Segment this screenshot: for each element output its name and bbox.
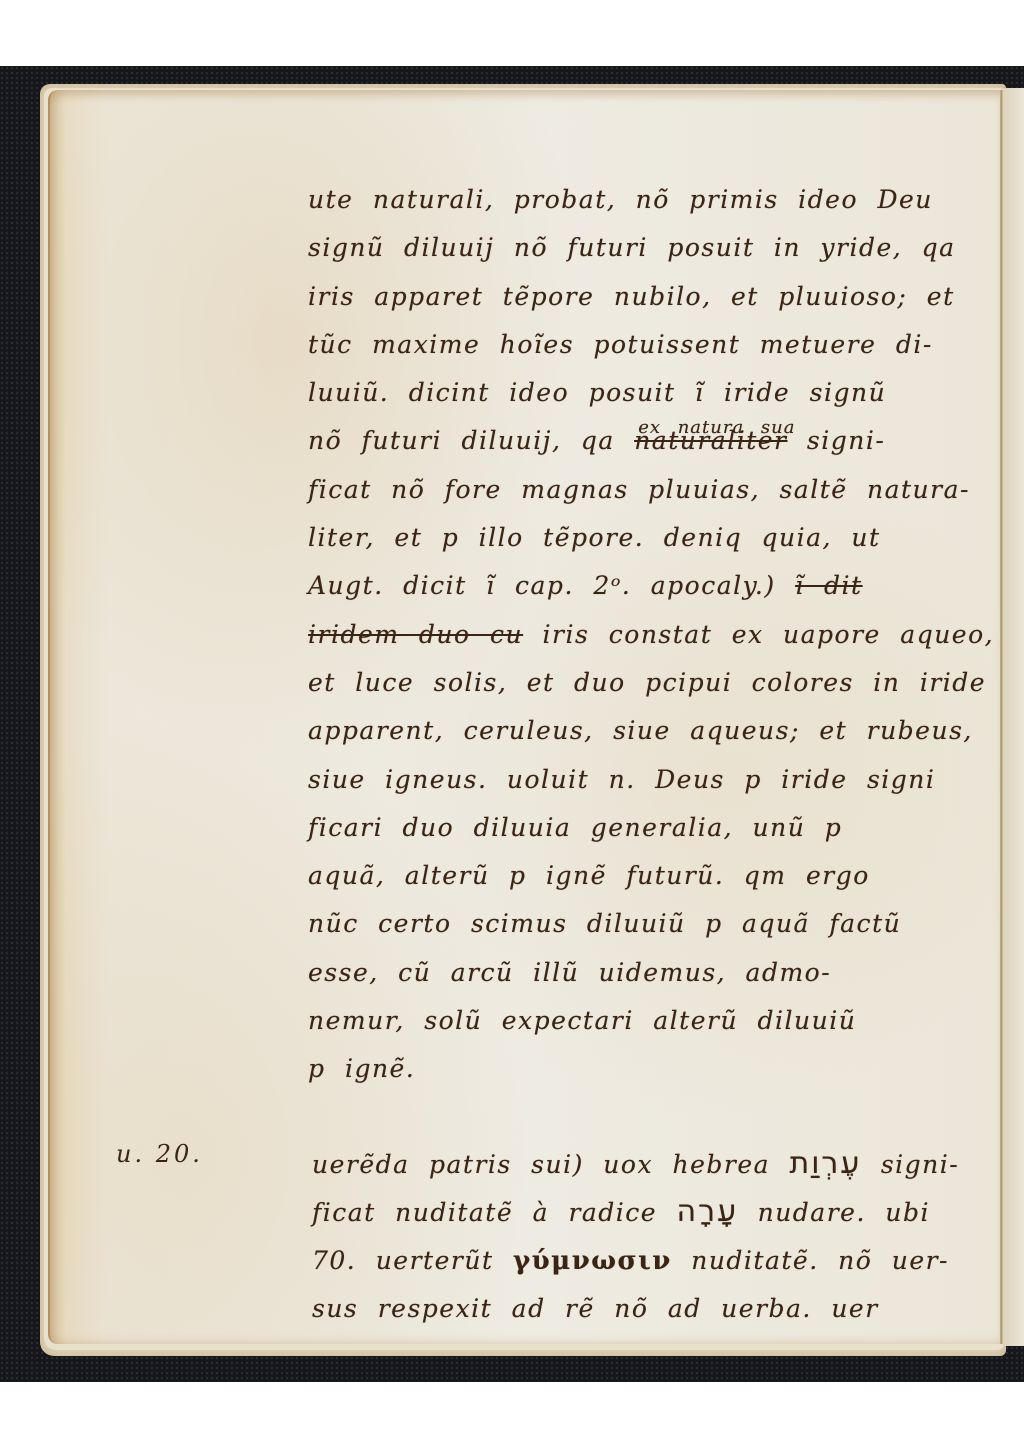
manuscript-line: siue igneus. uoluit n. Deus p iride sign…: [308, 756, 988, 804]
manuscript-line: 70. uerterũt γύμνωσιν nuditatẽ. nõ uer-: [312, 1237, 992, 1285]
commentary-section-verse-20: uerẽda patris sui) uox hebrea עֶרְוַת si…: [312, 1140, 992, 1333]
deletion-with-insertion: iridem duo cu: [308, 620, 523, 649]
hebrew-word: עֶרְוַת: [790, 1146, 862, 1181]
margin-verse-reference: u. 20.: [116, 1140, 203, 1168]
manuscript-line: et luce solis, et duo pcipui colores in …: [308, 659, 988, 707]
manuscript-line: ficari duo diluuia generalia, unũ p: [308, 804, 988, 852]
deletion-with-insertion: ex natura suanaturaliter: [634, 426, 787, 455]
manuscript-line: ficat nuditatẽ à radice עָרָה nudare. ub…: [312, 1188, 992, 1236]
struck-through-text: ĩ dit: [795, 571, 863, 600]
line-text: ficat nuditatẽ à radice: [312, 1198, 677, 1227]
main-text-block: ute naturali, probat, nõ primis ideo Deu…: [308, 176, 988, 1094]
greek-word: γύμνωσιν: [513, 1246, 672, 1276]
line-text: nuditatẽ. nõ uer-: [672, 1246, 949, 1275]
line-text: signi-: [861, 1150, 959, 1179]
facing-page-strip: [1003, 88, 1024, 1346]
line-text: nõ futuri diluuij, qa: [308, 426, 634, 455]
manuscript-line: aquã, alterũ p ignẽ futurũ. qm ergo: [308, 852, 988, 900]
manuscript-line: uerẽda patris sui) uox hebrea עֶרְוַת si…: [312, 1140, 992, 1188]
manuscript-line: ficat nõ fore magnas pluuias, saltẽ natu…: [308, 466, 988, 514]
line-text: signi-: [787, 426, 885, 455]
deletion-with-insertion: ĩ dit: [795, 571, 863, 600]
struck-through-text: iridem duo cu: [308, 620, 523, 649]
line-text: 70. uerterũt: [312, 1246, 513, 1275]
line-text: iris constat ex uapore aqueo,: [523, 620, 994, 649]
manuscript-line: Augt. dicit ĩ cap. 2ᵒ. apocaly.) ĩ dit: [308, 562, 988, 610]
manuscript-line: signũ diluuij nõ futuri posuit in yride,…: [308, 224, 988, 272]
manuscript-line: p ignẽ.: [308, 1045, 988, 1093]
manuscript-line: nemur, solũ expectari alterũ diluuiũ: [308, 997, 988, 1045]
interlinear-insertion: ex natura sua: [638, 404, 795, 452]
manuscript-line: ute naturali, probat, nõ primis ideo Deu: [308, 176, 988, 224]
line-text: uerẽda patris sui) uox hebrea: [312, 1150, 790, 1179]
line-text: Augt. dicit ĩ cap. 2ᵒ. apocaly.): [308, 571, 795, 600]
line-text: nudare. ubi: [738, 1198, 930, 1227]
manuscript-line: liter, et p illo tẽpore. deniq quia, ut: [308, 514, 988, 562]
manuscript-line: iris apparet tẽpore nubilo, et pluuioso;…: [308, 273, 988, 321]
manuscript-line: apparent, ceruleus, siue aqueus; et rube…: [308, 707, 988, 755]
manuscript-line: esse, cũ arcũ illũ uidemus, admo-: [308, 949, 988, 997]
manuscript-line: nũc certo scimus diluuiũ p aquã factũ: [308, 900, 988, 948]
manuscript-line: sus respexit ad rẽ nõ ad uerba. uer: [312, 1285, 992, 1333]
manuscript-line: nõ futuri diluuij, qa ex natura suanatur…: [308, 417, 988, 465]
hebrew-word: עָרָה: [677, 1194, 739, 1229]
manuscript-line: tũc maxime hoĩes potuissent metuere di-: [308, 321, 988, 369]
manuscript-line: iridem duo cu iris constat ex uapore aqu…: [308, 611, 988, 659]
